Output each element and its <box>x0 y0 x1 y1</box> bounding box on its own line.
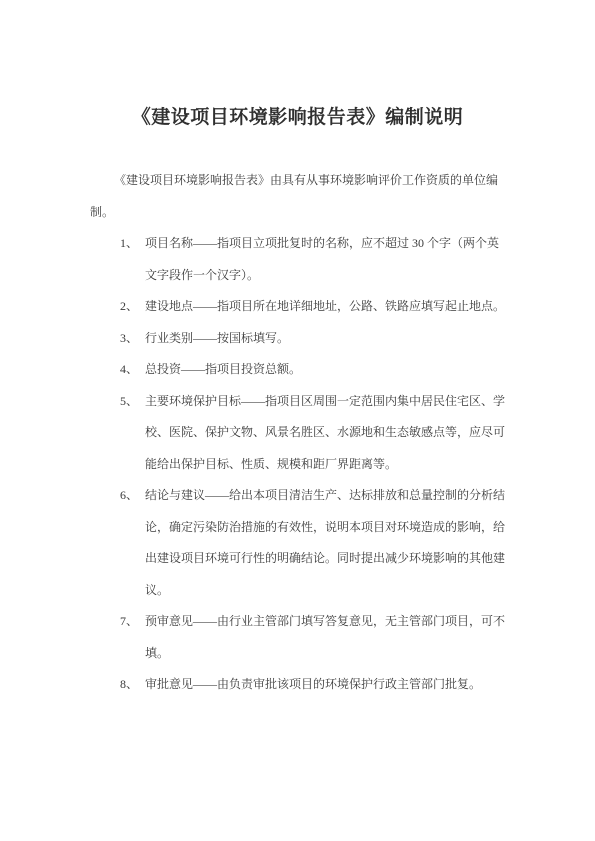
document-title: 《建设项目环境影响报告表》编制说明 <box>90 104 505 132</box>
list-item-number: 5、 <box>120 386 145 418</box>
list-item-number: 6、 <box>120 480 145 512</box>
list-item-text: 审批意见——由负责审批该项目的环境保护行政主管部门批复。 <box>145 677 481 691</box>
list-item-text: 预审意见——由行业主管部门填写答复意见，无主管部门项目，可不填。 <box>145 614 505 660</box>
list-item: 6、 结论与建议——给出本项目清洁生产、达标排放和总量控制的分析结论，确定污染防… <box>90 480 505 606</box>
list-item-text: 建设地点——指项目所在地详细地址，公路、铁路应填写起止地点。 <box>145 299 505 313</box>
list-item-number: 3、 <box>120 323 145 355</box>
list-item-number: 2、 <box>120 291 145 323</box>
list-item-text: 结论与建议——给出本项目清洁生产、达标排放和总量控制的分析结论，确定污染防治措施… <box>145 488 505 597</box>
list-item: 4、 总投资——指项目投资总额。 <box>90 354 505 386</box>
document-page: 《建设项目环境影响报告表》编制说明 《建设项目环境影响报告表》由具有从事环境影响… <box>0 0 595 841</box>
list-item-number: 1、 <box>120 228 145 260</box>
list-item: 7、 预审意见——由行业主管部门填写答复意见，无主管部门项目，可不填。 <box>90 606 505 669</box>
list-item-text: 项目名称——指项目立项批复时的名称，应不超过 30 个字（两个英文字段作一个汉字… <box>145 236 499 282</box>
list-item-text: 主要环境保护目标——指项目区周围一定范围内集中居民住宅区、学校、医院、保护文物、… <box>145 394 505 471</box>
list-item-text: 行业类别——按国标填写。 <box>145 331 289 345</box>
list-item: 3、 行业类别——按国标填写。 <box>90 323 505 355</box>
numbered-list: 1、 项目名称——指项目立项批复时的名称，应不超过 30 个字（两个英文字段作一… <box>90 228 505 701</box>
list-item: 8、 审批意见——由负责审批该项目的环境保护行政主管部门批复。 <box>90 669 505 701</box>
list-item-number: 8、 <box>120 669 145 701</box>
list-item-number: 4、 <box>120 354 145 386</box>
list-item-number: 7、 <box>120 606 145 638</box>
intro-paragraph: 《建设项目环境影响报告表》由具有从事环境影响评价工作资质的单位编制。 <box>90 165 505 228</box>
list-item: 2、 建设地点——指项目所在地详细地址，公路、铁路应填写起止地点。 <box>90 291 505 323</box>
list-item: 5、 主要环境保护目标——指项目区周围一定范围内集中居民住宅区、学校、医院、保护… <box>90 386 505 481</box>
list-item: 1、 项目名称——指项目立项批复时的名称，应不超过 30 个字（两个英文字段作一… <box>90 228 505 291</box>
document-content: 《建设项目环境影响报告表》编制说明 《建设项目环境影响报告表》由具有从事环境影响… <box>0 104 595 701</box>
list-item-text: 总投资——指项目投资总额。 <box>145 362 301 376</box>
